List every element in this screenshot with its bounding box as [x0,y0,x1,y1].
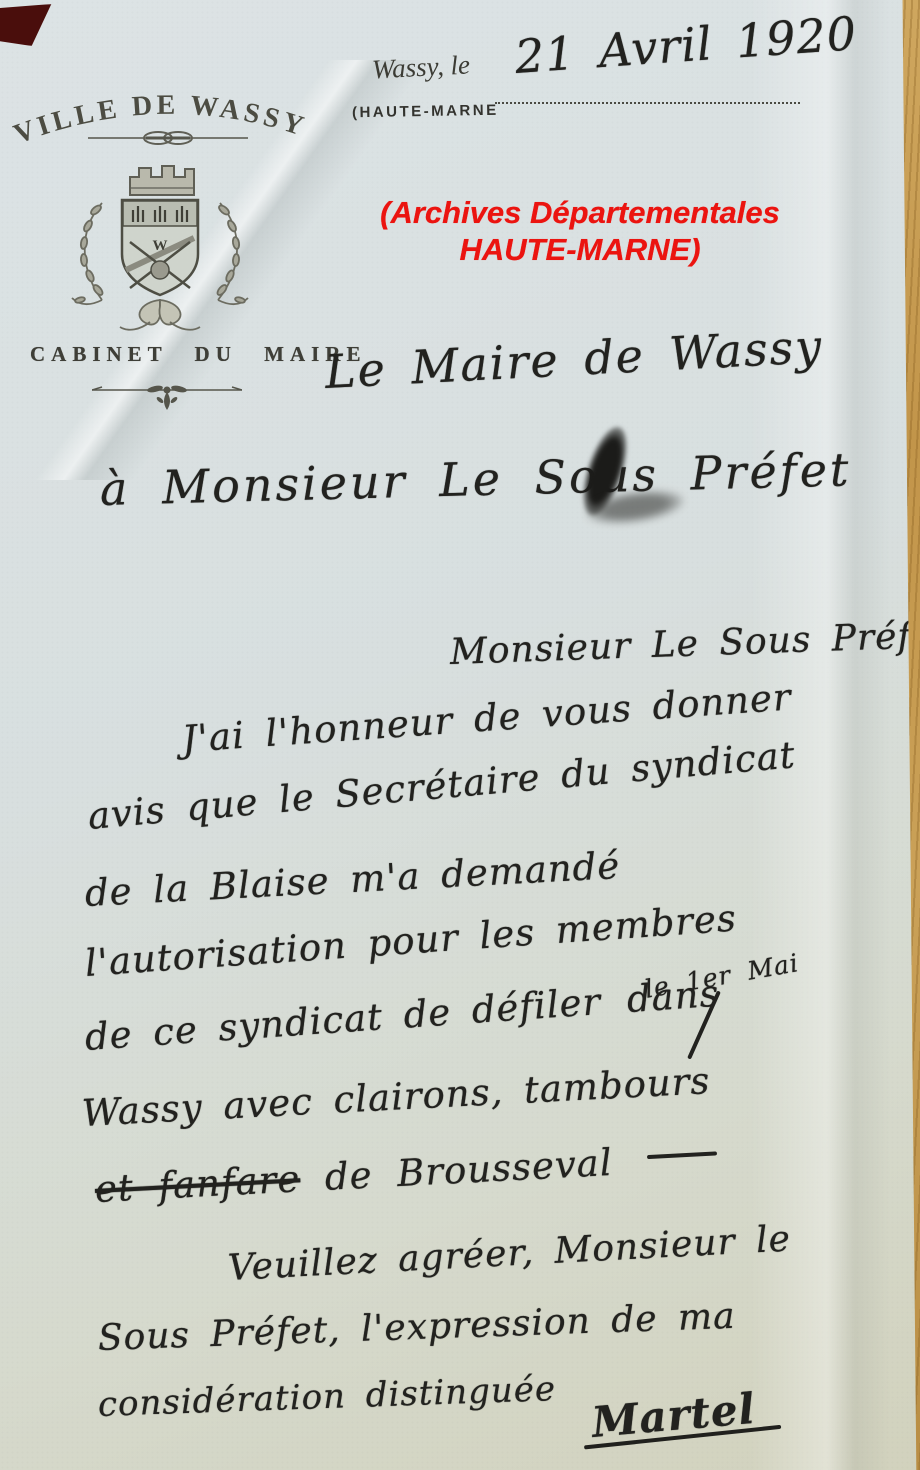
letter-paper: VILLE DE WASSY W [0,0,920,1470]
archive-overlay-line1: (Archives Départementales [340,194,820,231]
pen-flourish [647,1151,717,1159]
archive-overlay-line2: HAUTE-MARNE) [340,231,820,268]
shield-monogram: W [153,238,168,254]
office-title: CABINET DU MAIRE [30,342,366,367]
department-label: (HAUTE-MARNE [352,102,499,122]
archive-overlay: (Archives Départementales HAUTE-MARNE) [340,194,820,268]
place-date-label: Wassy, le [371,49,471,85]
knot-ornament-icon [88,128,248,148]
scanned-letter-screenshot: { "letterhead": { "city_title": "VILLE D… [0,0,920,1470]
divider-ornament-icon [92,382,242,414]
coat-of-arms-icon: W [70,148,260,336]
